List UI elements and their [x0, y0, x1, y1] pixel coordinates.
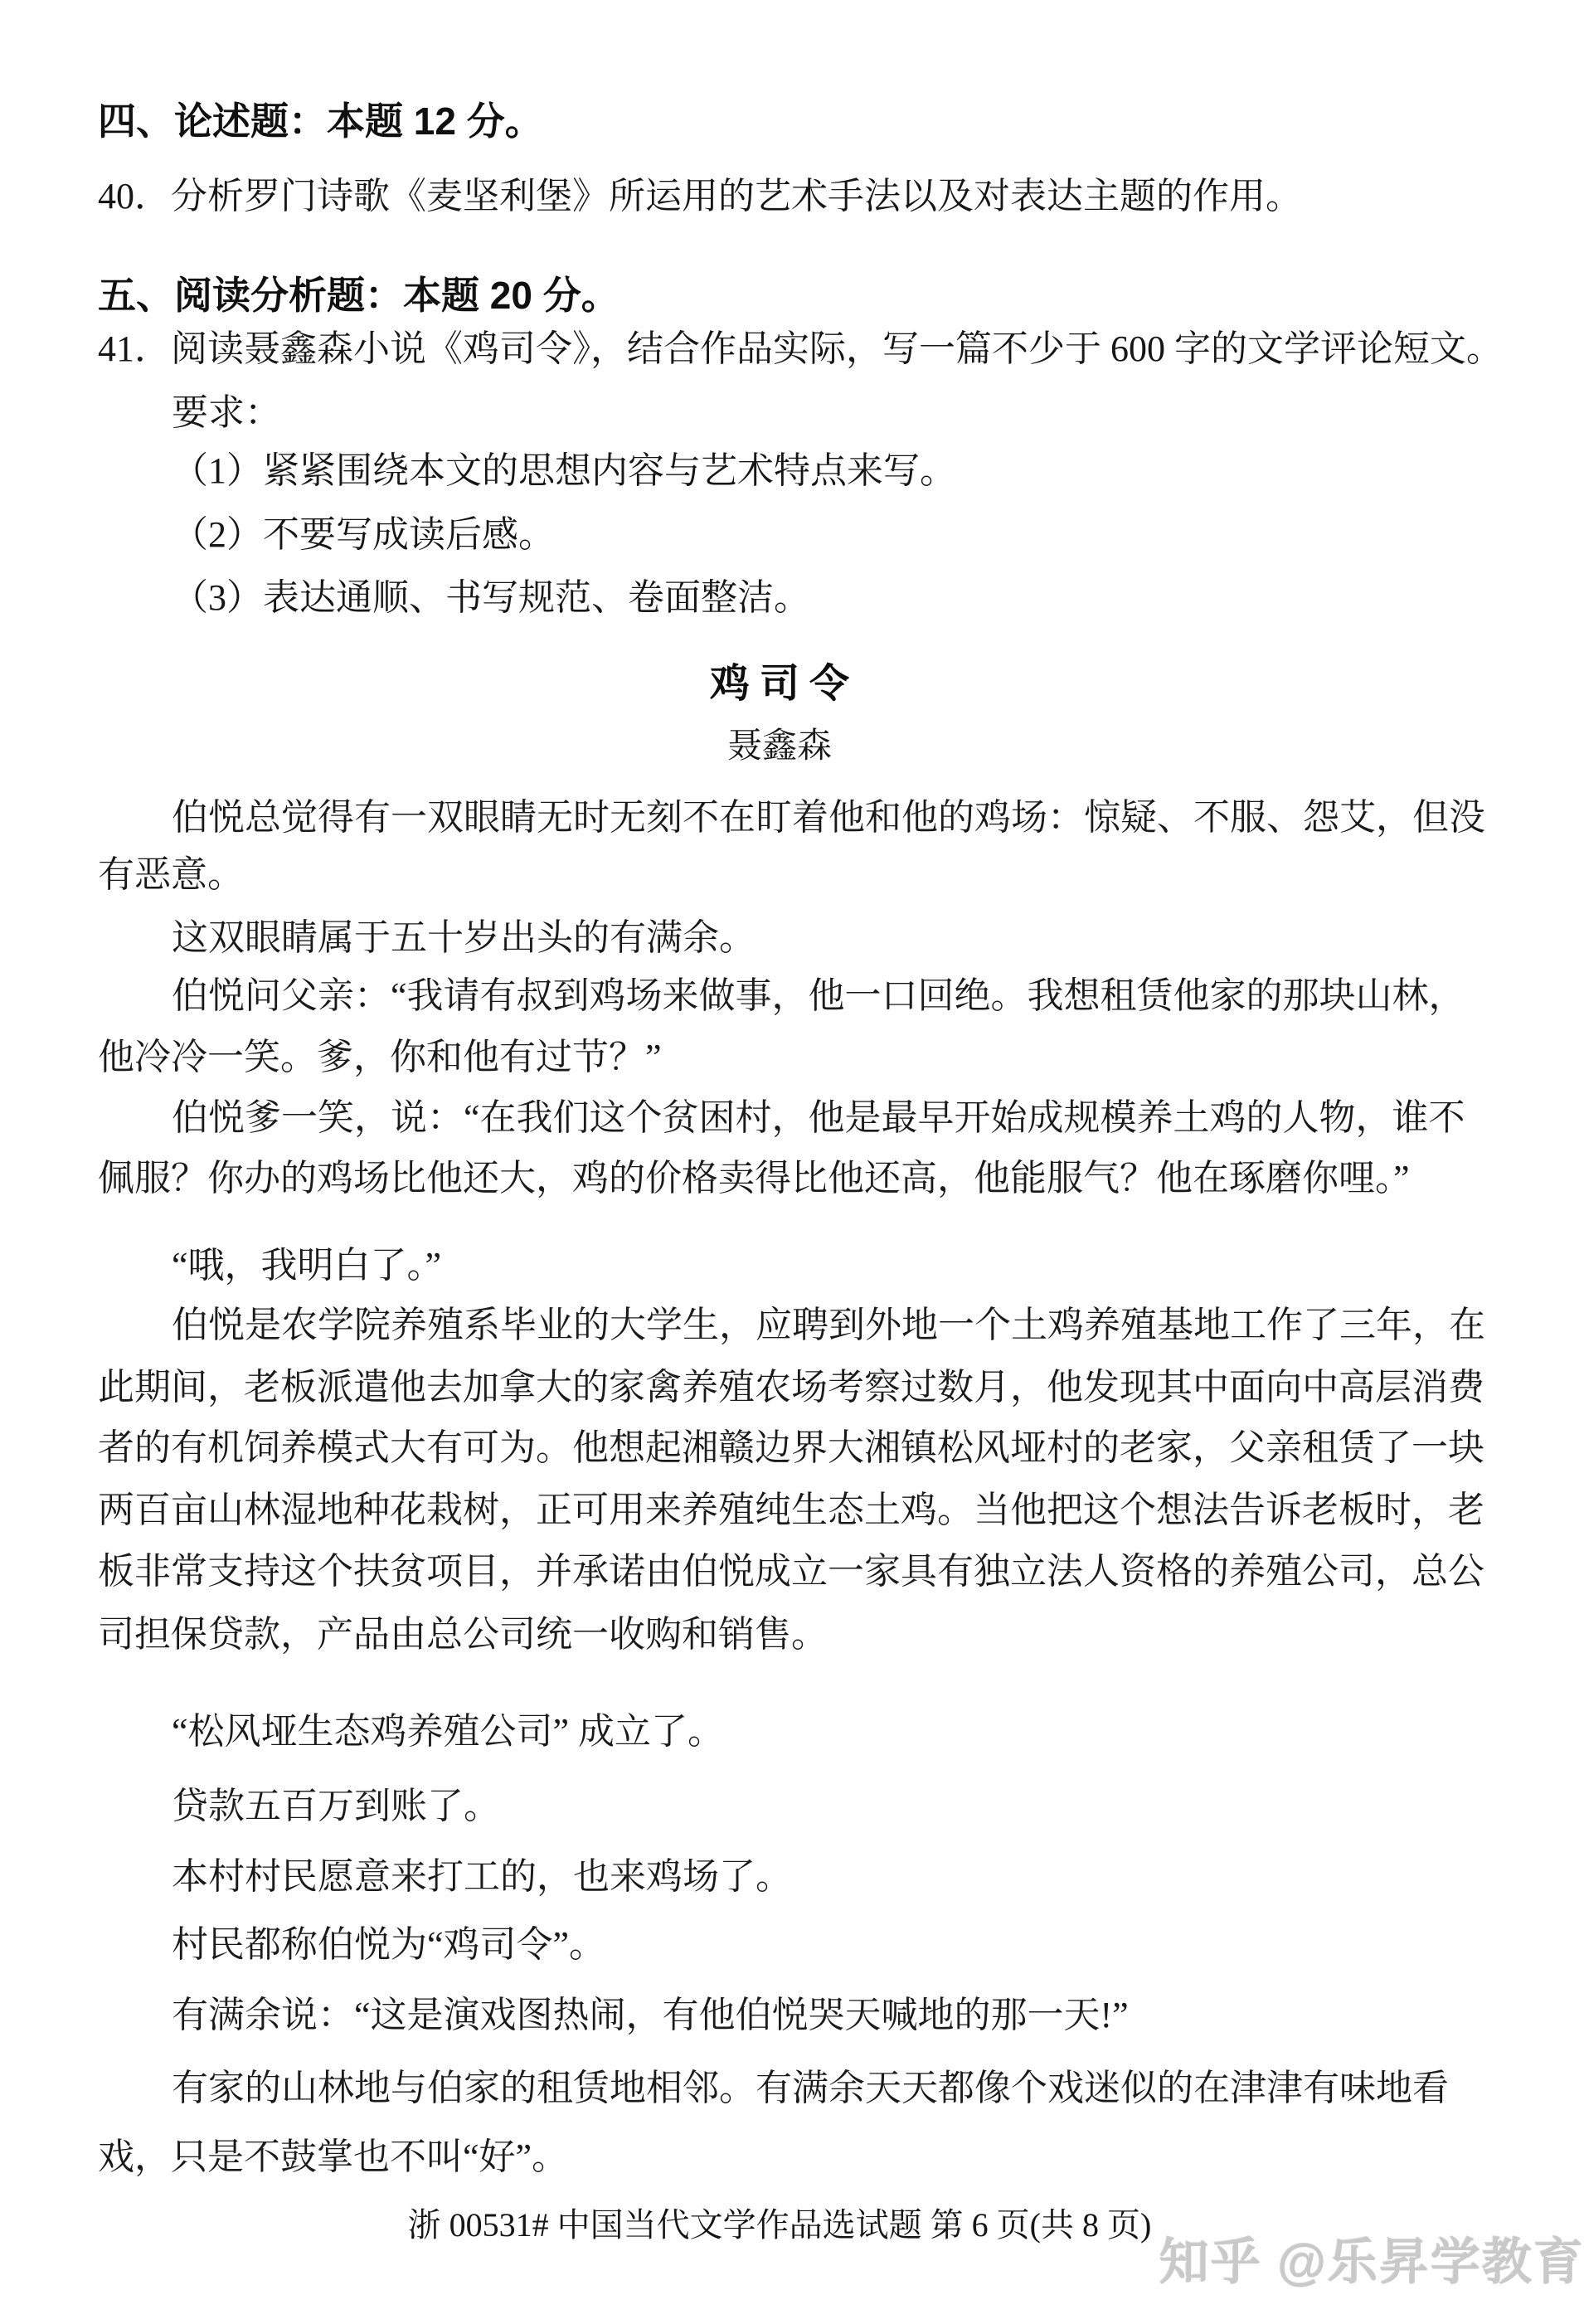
- story-line: 有恶意。: [98, 857, 244, 893]
- requirement-3: （3）表达通顺、书写规范、卷面整洁。: [172, 580, 810, 616]
- story-line: 板非常支持这个扶贫项目，并承诺由伯悦成立一家具有独立法人资格的养殖公司，总公: [98, 1553, 1484, 1590]
- question-41: 41．阅读聂鑫森小说《鸡司令》，结合作品实际，写一篇不少于 600 字的文学评论…: [98, 331, 1503, 367]
- requirement-2: （2）不要写成读后感。: [172, 517, 555, 553]
- story-title: 鸡 司 令: [75, 664, 1484, 704]
- story-line: 两百亩山林湿地种花栽树，正可用来养殖纯生态土鸡。当他把这个想法告诉老板时，老: [98, 1492, 1484, 1529]
- story-line: 者的有机饲养模式大有可为。他想起湘赣边界大湘镇松风垭村的老家，父亲租赁了一块: [98, 1430, 1484, 1466]
- exam-scan-page: 四、论述题：本题 12 分。 40．分析罗门诗歌《麦坚利堡》所运用的艺术手法以及…: [0, 0, 1584, 2324]
- story-line: 伯悦爹一笑，说：“在我们这个贫困村，他是最早开始成规模养土鸡的人物，谁不: [172, 1100, 1465, 1136]
- story-line: 这双眼睛属于五十岁出头的有满余。: [172, 920, 756, 956]
- story-line: 此期间，老板派遣他去加拿大的家禽养殖农场考察过数月，他发现其中面向中高层消费: [98, 1369, 1484, 1406]
- story-line: 司担保贷款，产品由总公司统一收购和销售。: [98, 1617, 828, 1653]
- story-line: 伯悦总觉得有一双眼睛无时无刻不在盯着他和他的鸡场：惊疑、不服、怨艾，但没: [172, 800, 1485, 836]
- story-line: 有家的山林地与伯家的租赁地相邻。有满余天天都像个戏迷似的在津津有味地看: [172, 2070, 1449, 2107]
- question-40: 40．分析罗门诗歌《麦坚利堡》所运用的艺术手法以及对表达主题的作用。: [98, 178, 1302, 215]
- story-line: 贷款五百万到账了。: [172, 1788, 500, 1825]
- story-line: 伯悦问父亲：“我请有叔到鸡场来做事，他一口回绝。我想租赁他家的那块山林，: [172, 978, 1465, 1014]
- story-line: 他冷冷一笑。爹，你和他有过节？”: [98, 1039, 662, 1076]
- story-line: 村民都称伯悦为“鸡司令”。: [172, 1927, 605, 1963]
- story-line: “哦，我明白了。”: [172, 1247, 441, 1284]
- story-line: 戏，只是不鼓掌也不叫“好”。: [98, 2139, 568, 2176]
- section-5-heading: 五、阅读分析题：本题 20 分。: [98, 276, 620, 314]
- requirements-label: 要求：: [172, 395, 281, 431]
- requirement-1: （1）紧紧围绕本文的思想内容与艺术特点来写。: [172, 453, 956, 489]
- story-line: 伯悦是农学院养殖系毕业的大学生，应聘到外地一个土鸡养殖基地工作了三年，在: [172, 1307, 1485, 1344]
- story-line: 佩服？你办的鸡场比他还大，鸡的价格卖得比他还高，他能服气？他在琢磨你哩。”: [98, 1160, 1410, 1197]
- section-4-heading: 四、论述题：本题 12 分。: [98, 102, 543, 140]
- story-line: 本村村民愿意来打工的，也来鸡场了。: [172, 1859, 792, 1895]
- story-line: 有满余说：“这是演戏图热闹，有他伯悦哭天喊地的那一天!”: [172, 1997, 1129, 2034]
- story-line: “松风垭生态鸡养殖公司” 成立了。: [172, 1714, 724, 1750]
- story-author: 聂鑫森: [75, 729, 1484, 764]
- watermark: 知乎 @乐昇学教育: [1159, 2238, 1584, 2288]
